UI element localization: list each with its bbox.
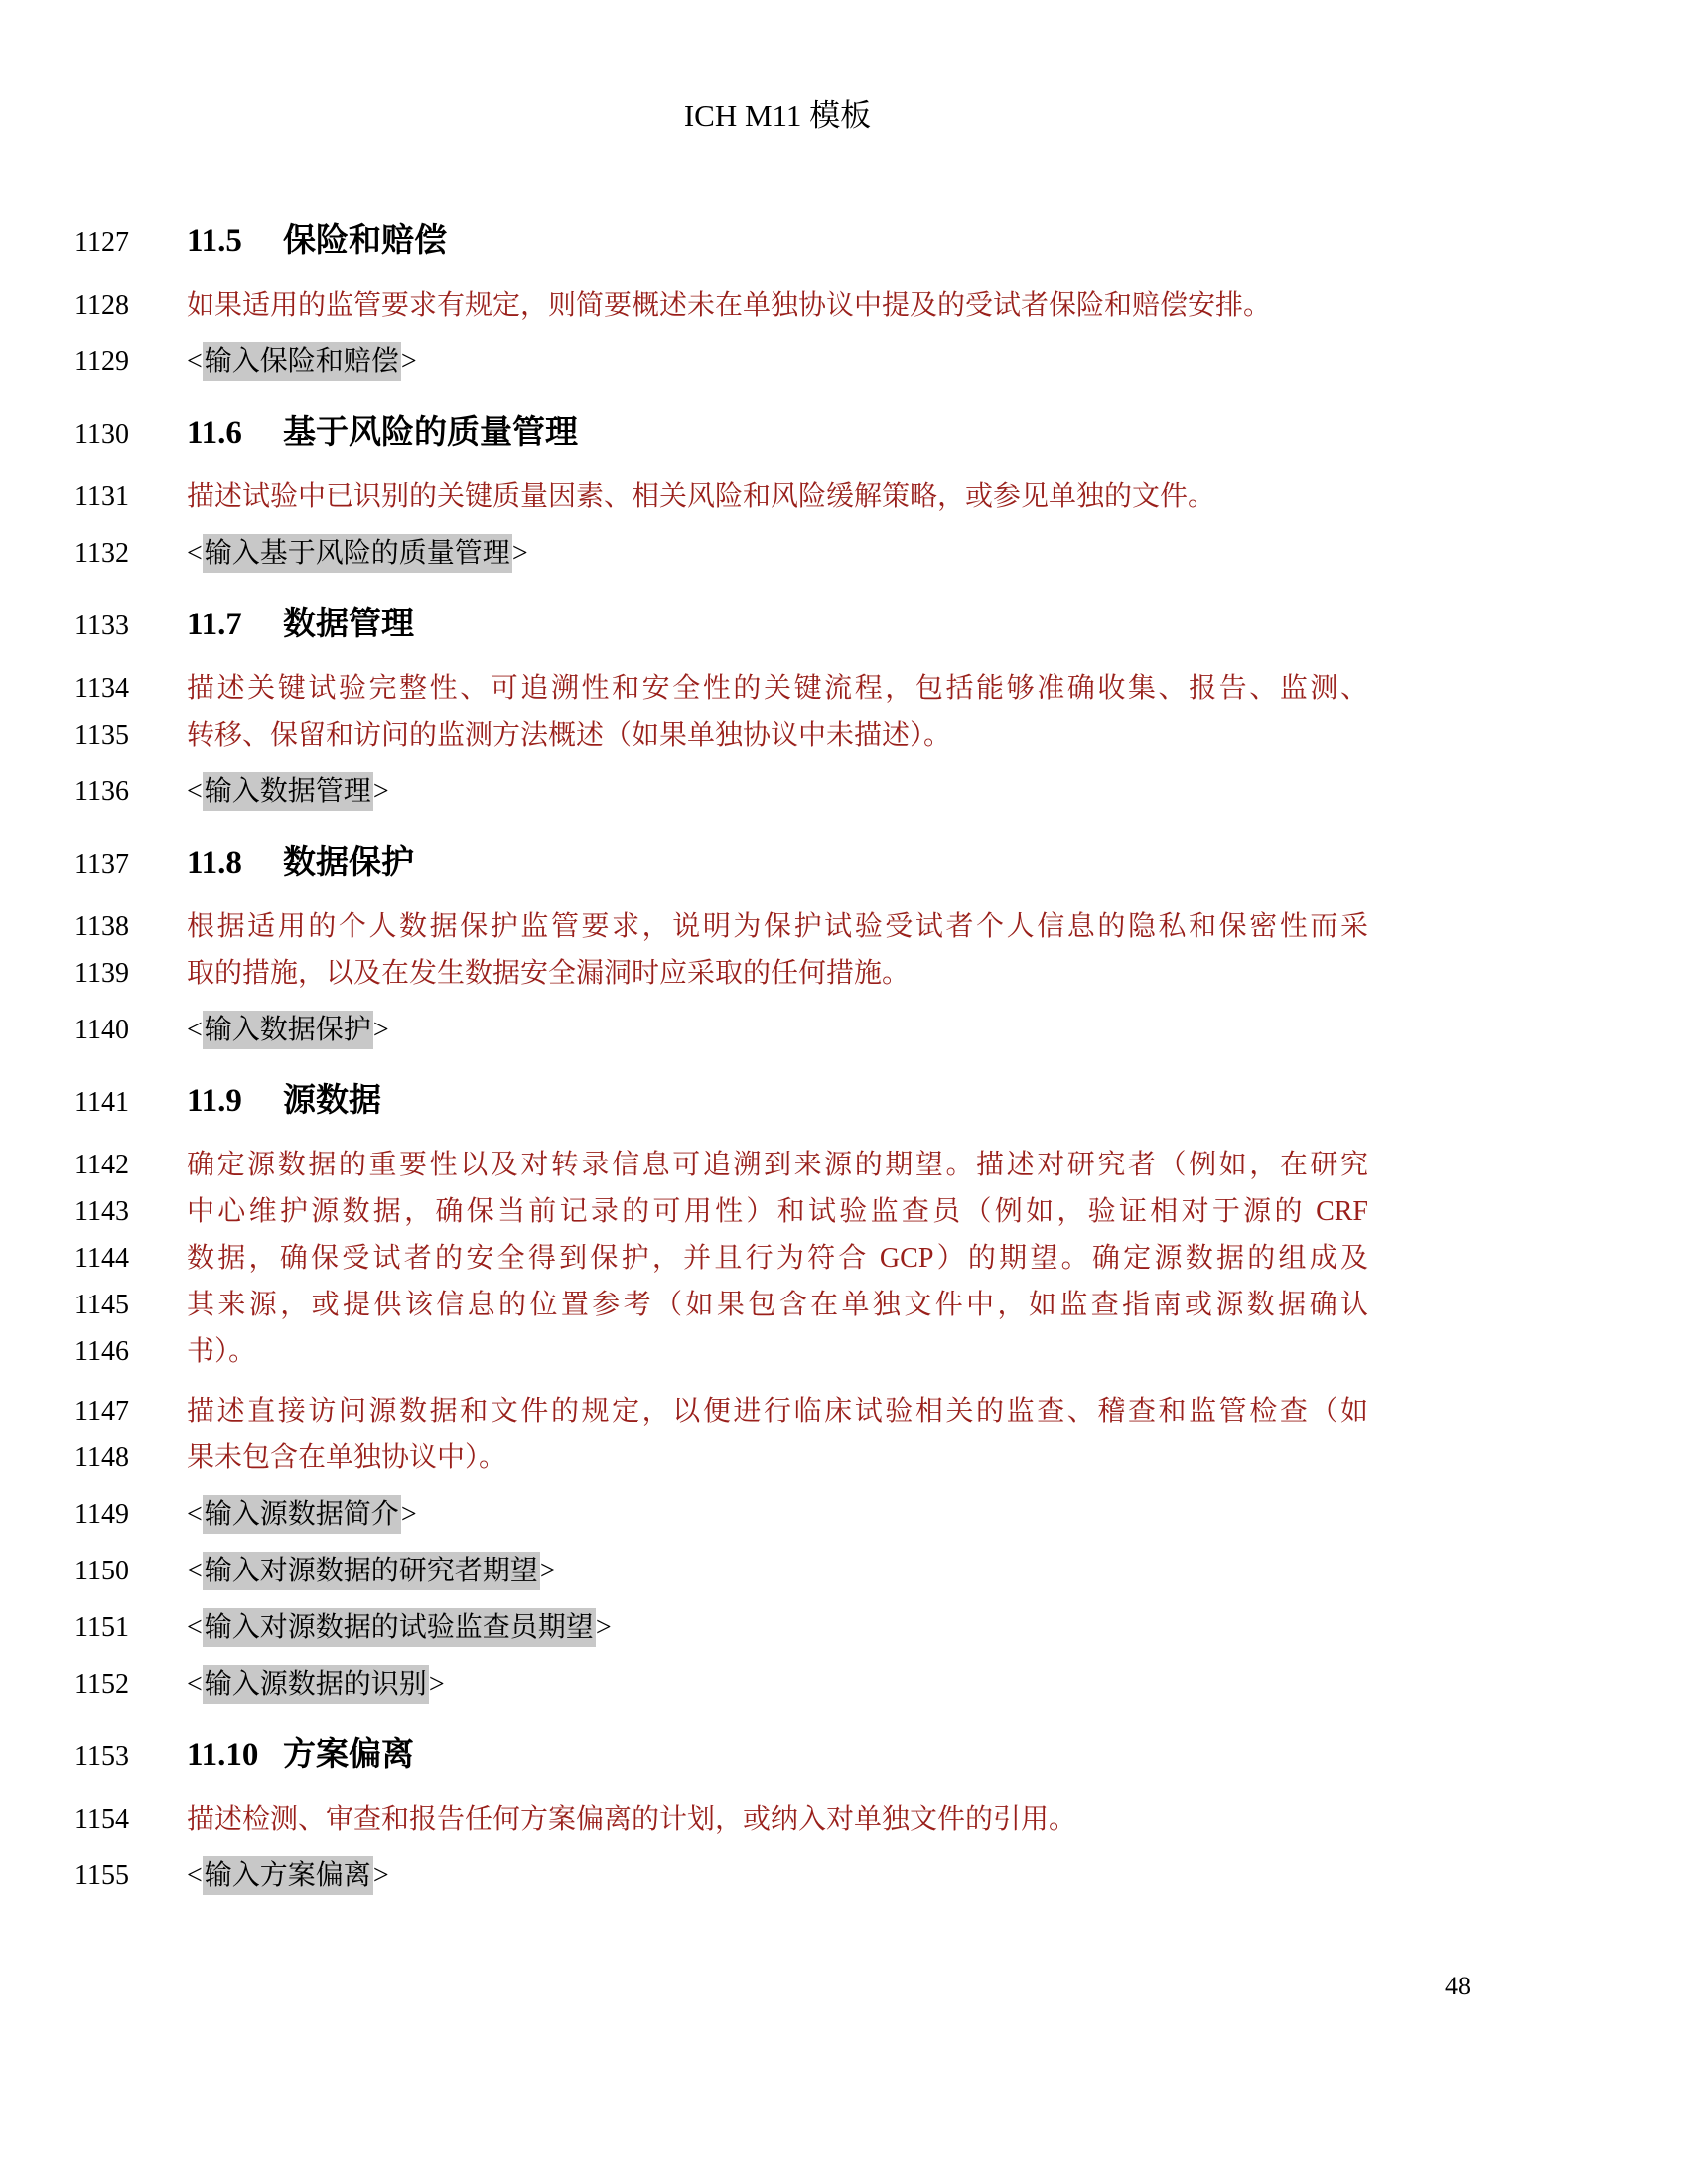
placeholder-open-bracket: < — [187, 1860, 203, 1891]
body-line: 1134描述关键试验完整性、可追溯性和安全性的关键流程，包括能够准确收集、报告、… — [0, 665, 1688, 712]
body-content: 中心维护源数据，确保当前记录的可用性）和试验监查员（例如，验证相对于源的 CRF — [187, 1188, 1368, 1235]
placeholder-content: <输入基于风险的质量管理> — [187, 534, 528, 573]
body-content: 取的措施，以及在发生数据安全漏洞时应采取的任何措施。 — [187, 950, 1368, 997]
placeholder-open-bracket: < — [187, 538, 203, 569]
heading-number: 11.8 — [187, 837, 283, 888]
body-line: 1131描述试验中已识别的关键质量因素、相关风险和风险缓解策略，或参见单独的文件… — [0, 474, 1688, 520]
placeholder-open-bracket: < — [187, 1499, 203, 1530]
line-number: 1142 — [74, 1142, 187, 1188]
heading-title: 源数据 — [283, 1083, 381, 1119]
placeholder-open-bracket: < — [187, 1556, 203, 1586]
line-number: 1132 — [74, 530, 187, 577]
line-number: 1135 — [74, 712, 187, 758]
body-line: 1138根据适用的个人数据保护监管要求，说明为保护试验受试者个人信息的隐私和保密… — [0, 903, 1688, 950]
placeholder-content: <输入数据保护> — [187, 1011, 389, 1049]
heading-title: 数据保护 — [283, 845, 414, 881]
placeholder-close-bracket: > — [401, 346, 417, 377]
placeholder-close-bracket: > — [540, 1556, 556, 1586]
body-content: 果未包含在单独协议中）。 — [187, 1434, 1368, 1481]
body-content: 描述检测、审查和报告任何方案偏离的计划，或纳入对单独文件的引用。 — [187, 1796, 1368, 1843]
line-number: 1151 — [74, 1604, 187, 1651]
heading-title: 方案偏离 — [283, 1737, 414, 1773]
placeholder-text: 输入对源数据的研究者期望 — [203, 1552, 540, 1590]
placeholder-text: 输入源数据的识别 — [203, 1665, 429, 1704]
page-header-title: ICH M11 模板 — [187, 97, 1368, 135]
line-number: 1145 — [74, 1282, 187, 1328]
body-content: 描述直接访问源数据和文件的规定，以便进行临床试验相关的监查、稽查和监管检查（如 — [187, 1388, 1368, 1434]
line-number: 1149 — [74, 1491, 187, 1538]
heading-number: 11.9 — [187, 1075, 283, 1127]
placeholder-close-bracket: > — [401, 1499, 417, 1530]
line-number: 1148 — [74, 1434, 187, 1481]
heading-title: 保险和赔偿 — [283, 223, 447, 259]
line-number: 1131 — [74, 474, 187, 520]
placeholder-line: 1129<输入保险和赔偿> — [0, 339, 1688, 385]
placeholder-line: 1155<输入方案偏离> — [0, 1852, 1688, 1899]
line-number: 1155 — [74, 1852, 187, 1899]
line-number: 1128 — [74, 282, 187, 329]
placeholder-close-bracket: > — [596, 1612, 612, 1643]
placeholder-content: <输入对源数据的研究者期望> — [187, 1552, 556, 1590]
placeholder-open-bracket: < — [187, 1612, 203, 1643]
body-line: 1142确定源数据的重要性以及对转录信息可追溯到来源的期望。描述对研究者（例如，… — [0, 1142, 1688, 1188]
body-line: 1139取的措施，以及在发生数据安全漏洞时应采取的任何措施。 — [0, 950, 1688, 997]
heading-title: 基于风险的质量管理 — [283, 415, 578, 451]
placeholder-content: <输入对源数据的试验监查员期望> — [187, 1608, 612, 1647]
placeholder-open-bracket: < — [187, 776, 203, 807]
body-line: 1154描述检测、审查和报告任何方案偏离的计划，或纳入对单独文件的引用。 — [0, 1796, 1688, 1843]
line-number: 1146 — [74, 1328, 187, 1375]
heading-line: 113311.7数据管理 — [0, 599, 1688, 652]
line-number: 1144 — [74, 1235, 187, 1282]
placeholder-text: 输入方案偏离 — [203, 1856, 373, 1895]
line-number: 1129 — [74, 339, 187, 385]
body-line: 1128如果适用的监管要求有规定，则简要概述未在单独协议中提及的受试者保险和赔偿… — [0, 282, 1688, 329]
line-number: 1140 — [74, 1007, 187, 1053]
line-number: 1127 — [74, 217, 187, 269]
body-content: 其来源，或提供该信息的位置参考（如果包含在单独文件中，如监查指南或源数据确认 — [187, 1282, 1368, 1328]
body-content: 描述试验中已识别的关键质量因素、相关风险和风险缓解策略，或参见单独的文件。 — [187, 474, 1368, 520]
line-number: 1141 — [74, 1077, 187, 1129]
body-line: 1147描述直接访问源数据和文件的规定，以便进行临床试验相关的监查、稽查和监管检… — [0, 1388, 1688, 1434]
placeholder-line: 1152<输入源数据的识别> — [0, 1661, 1688, 1707]
document-page: ICH M11 模板 112711.5保险和赔偿1128如果适用的监管要求有规定… — [0, 0, 1688, 2184]
page-number: 48 — [1445, 1972, 1471, 2001]
body-line: 1146书）。 — [0, 1328, 1688, 1375]
body-line: 1148果未包含在单独协议中）。 — [0, 1434, 1688, 1481]
placeholder-close-bracket: > — [373, 776, 389, 807]
body-line: 1143中心维护源数据，确保当前记录的可用性）和试验监查员（例如，验证相对于源的… — [0, 1188, 1688, 1235]
line-number: 1147 — [74, 1388, 187, 1434]
line-number: 1150 — [74, 1548, 187, 1594]
placeholder-content: <输入源数据的识别> — [187, 1665, 445, 1704]
body-line: 1145其来源，或提供该信息的位置参考（如果包含在单独文件中，如监查指南或源数据… — [0, 1282, 1688, 1328]
placeholder-line: 1132<输入基于风险的质量管理> — [0, 530, 1688, 577]
heading-line: 114111.9源数据 — [0, 1075, 1688, 1129]
placeholder-text: 输入数据保护 — [203, 1011, 373, 1049]
placeholder-open-bracket: < — [187, 1669, 203, 1700]
line-number: 1139 — [74, 950, 187, 997]
line-number: 1154 — [74, 1796, 187, 1843]
line-number: 1143 — [74, 1188, 187, 1235]
heading-number: 11.10 — [187, 1729, 283, 1781]
line-number: 1136 — [74, 768, 187, 815]
placeholder-line: 1149<输入源数据简介> — [0, 1491, 1688, 1538]
placeholder-close-bracket: > — [429, 1669, 445, 1700]
placeholder-line: 1140<输入数据保护> — [0, 1007, 1688, 1053]
heading-line: 112711.5保险和赔偿 — [0, 215, 1688, 269]
heading-content: 11.6基于风险的质量管理 — [187, 415, 578, 451]
body-content: 转移、保留和访问的监测方法概述（如果单独协议中未描述）。 — [187, 712, 1368, 758]
heading-line: 113711.8数据保护 — [0, 837, 1688, 890]
line-number: 1134 — [74, 665, 187, 712]
body-line: 1144数据，确保受试者的安全得到保护，并且行为符合 GCP）的期望。确定源数据… — [0, 1235, 1688, 1282]
heading-number: 11.6 — [187, 407, 283, 459]
heading-line: 115311.10方案偏离 — [0, 1729, 1688, 1783]
placeholder-line: 1150<输入对源数据的研究者期望> — [0, 1548, 1688, 1594]
line-number: 1130 — [74, 409, 187, 461]
heading-title: 数据管理 — [283, 607, 414, 642]
body-content: 如果适用的监管要求有规定，则简要概述未在单独协议中提及的受试者保险和赔偿安排。 — [187, 282, 1368, 329]
placeholder-open-bracket: < — [187, 1015, 203, 1045]
placeholder-text: 输入对源数据的试验监查员期望 — [203, 1608, 596, 1647]
line-number: 1152 — [74, 1661, 187, 1707]
body-line: 1135转移、保留和访问的监测方法概述（如果单独协议中未描述）。 — [0, 712, 1688, 758]
placeholder-text: 输入源数据简介 — [203, 1495, 401, 1534]
placeholder-line: 1151<输入对源数据的试验监查员期望> — [0, 1604, 1688, 1651]
heading-number: 11.5 — [187, 215, 283, 267]
line-number: 1133 — [74, 601, 187, 652]
body-content: 根据适用的个人数据保护监管要求，说明为保护试验受试者个人信息的隐私和保密性而采 — [187, 903, 1368, 950]
heading-content: 11.9源数据 — [187, 1083, 381, 1119]
heading-content: 11.8数据保护 — [187, 845, 414, 881]
heading-content: 11.7数据管理 — [187, 607, 414, 642]
heading-number: 11.7 — [187, 599, 283, 650]
placeholder-line: 1136<输入数据管理> — [0, 768, 1688, 815]
body-content: 书）。 — [187, 1328, 1368, 1375]
placeholder-open-bracket: < — [187, 346, 203, 377]
placeholder-text: 输入数据管理 — [203, 772, 373, 811]
placeholder-content: <输入数据管理> — [187, 772, 389, 811]
placeholder-content: <输入保险和赔偿> — [187, 342, 417, 381]
placeholder-content: <输入方案偏离> — [187, 1856, 389, 1895]
line-number: 1153 — [74, 1731, 187, 1783]
document-body: 112711.5保险和赔偿1128如果适用的监管要求有规定，则简要概述未在单独协… — [0, 194, 1688, 1899]
placeholder-content: <输入源数据简介> — [187, 1495, 417, 1534]
heading-line: 113011.6基于风险的质量管理 — [0, 407, 1688, 461]
heading-content: 11.10方案偏离 — [187, 1737, 414, 1773]
placeholder-close-bracket: > — [512, 538, 528, 569]
line-number: 1137 — [74, 839, 187, 890]
placeholder-text: 输入保险和赔偿 — [203, 342, 401, 381]
heading-content: 11.5保险和赔偿 — [187, 223, 447, 259]
line-number: 1138 — [74, 903, 187, 950]
body-content: 描述关键试验完整性、可追溯性和安全性的关键流程，包括能够准确收集、报告、监测、 — [187, 665, 1368, 712]
placeholder-close-bracket: > — [373, 1860, 389, 1891]
body-content: 确定源数据的重要性以及对转录信息可追溯到来源的期望。描述对研究者（例如，在研究 — [187, 1142, 1368, 1188]
body-content: 数据，确保受试者的安全得到保护，并且行为符合 GCP）的期望。确定源数据的组成及 — [187, 1235, 1368, 1282]
placeholder-text: 输入基于风险的质量管理 — [203, 534, 512, 573]
placeholder-close-bracket: > — [373, 1015, 389, 1045]
